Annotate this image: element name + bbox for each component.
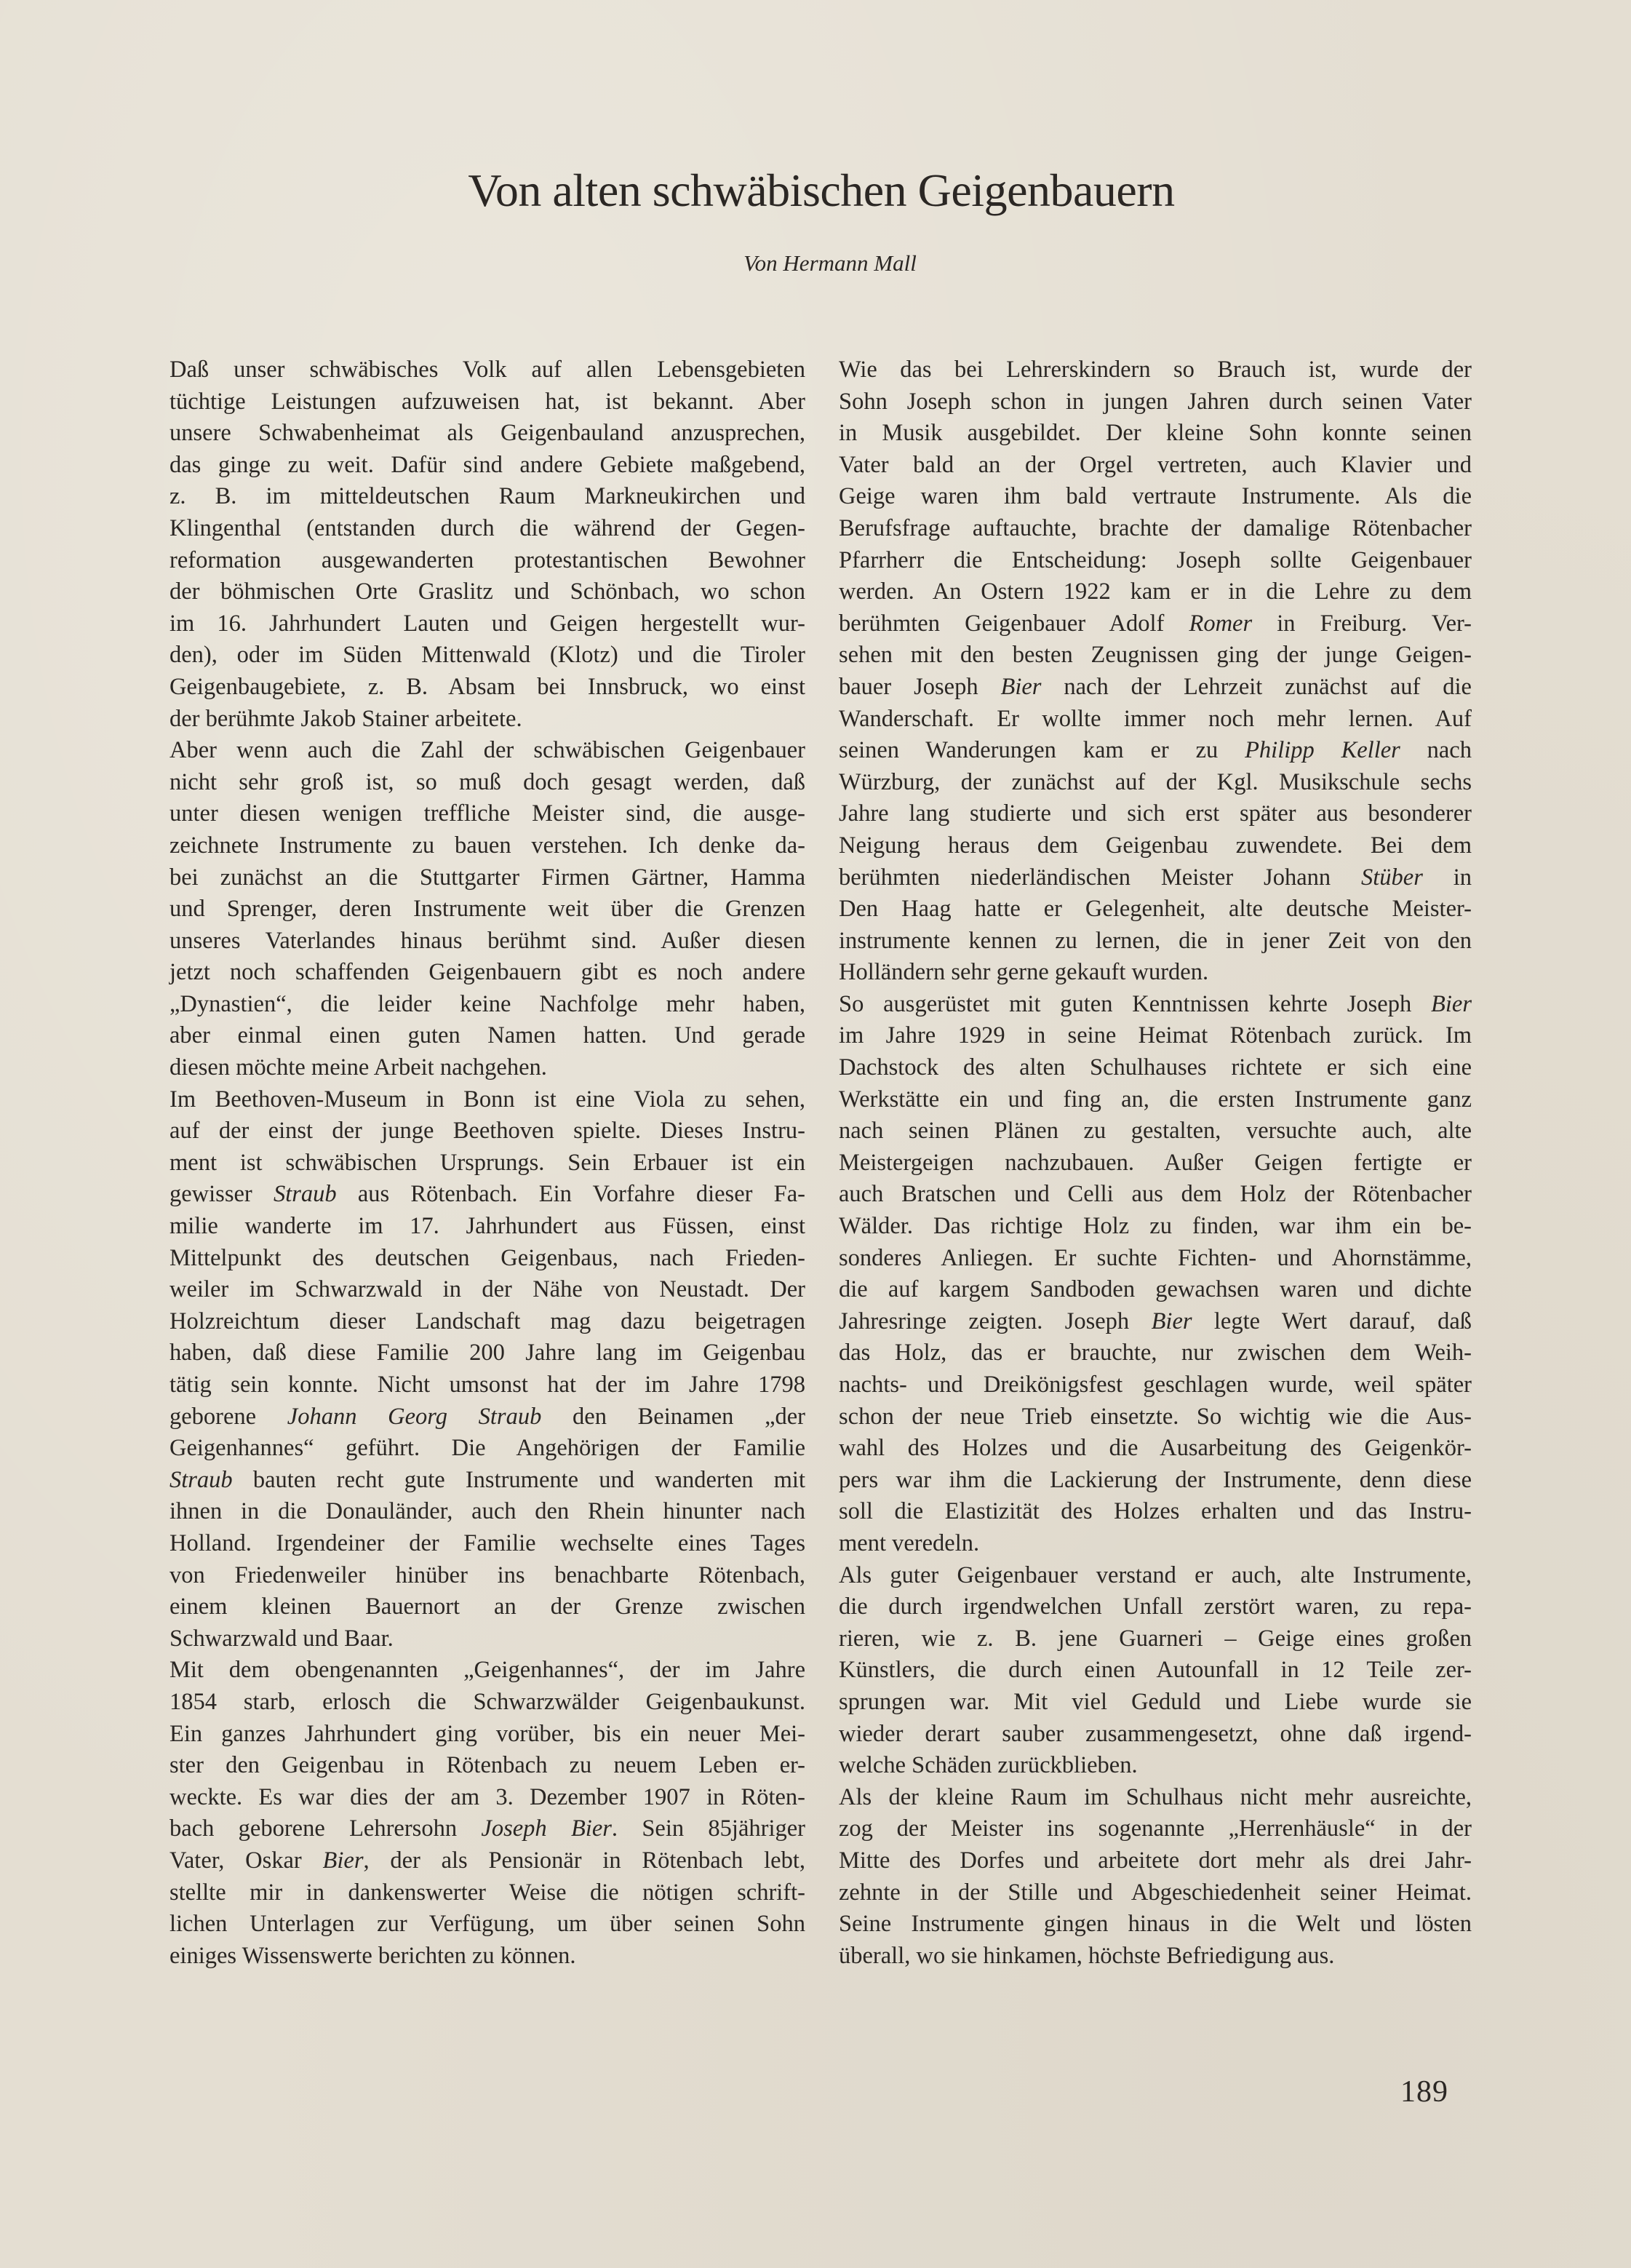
text-line: Seine Instrumente gingen hinaus in die W… [839,1909,1472,1941]
text-line: So ausgerüstet mit guten Kenntnissen keh… [839,989,1472,1021]
text-line: Jahre lang studierte und sich erst späte… [839,798,1472,830]
text-line: nicht sehr groß ist, so muß doch gesagt … [170,767,805,799]
text-line: den), oder im Süden Mittenwald (Klotz) u… [170,640,805,672]
text-line: Pfarrherr die Entscheidung: Joseph sollt… [839,545,1472,577]
text-line: wahl des Holzes und die Ausarbeitung des… [839,1433,1472,1465]
text-line: der böhmischen Orte Graslitz und Schönba… [170,576,805,608]
text-line: rieren, wie z. B. jene Guarneri – Geige … [839,1623,1472,1655]
text-line: stellte mir in dankenswerter Weise die n… [170,1877,805,1909]
text-line: reformation ausgewanderten protestantisc… [170,545,805,577]
text-line: Daß unser schwäbisches Volk auf allen Le… [170,354,805,386]
text-line: sehen mit den besten Zeugnissen ging der… [839,640,1472,672]
text-line: Als guter Geigenbauer verstand er auch, … [839,1560,1472,1592]
text-line: lichen Unterlagen zur Verfügung, um über… [170,1909,805,1941]
text-line: „Dynastien“, die leider keine Nachfolge … [170,989,805,1021]
italic-name: Bier [1152,1308,1192,1334]
text-line: Aber wenn auch die Zahl der schwäbischen… [170,735,805,767]
article-byline: Von Hermann Mall [0,249,1631,278]
text-line: berühmten niederländischen Meister Johan… [839,862,1472,894]
text-line: Wälder. Das richtige Holz zu finden, war… [839,1211,1472,1243]
text-line: Ein ganzes Jahrhundert ging vorüber, bis… [170,1719,805,1751]
text-line: Mit dem obengenannten „Geigenhannes“, de… [170,1655,805,1687]
text-line: haben, daß diese Familie 200 Jahre lang … [170,1337,805,1369]
text-line: instrumente kennen zu lernen, die in jen… [839,926,1472,958]
text-line: Mittelpunkt des deutschen Geigenbaus, na… [170,1243,805,1275]
text-line: z. B. im mitteldeutschen Raum Markneukir… [170,481,805,513]
text-line: Den Haag hatte er Gelegenheit, alte deut… [839,894,1472,926]
text-line: Holland. Irgendeiner der Familie wechsel… [170,1528,805,1560]
text-line: Wie das bei Lehrerskindern so Brauch ist… [839,354,1472,386]
text-line: Holzreichtum dieser Landschaft mag dazu … [170,1306,805,1338]
italic-name: Joseph Bier [481,1815,612,1842]
text-line: diesen möchte meine Arbeit nachgehen. [170,1052,805,1084]
text-line: zeichnete Instrumente zu bauen verstehen… [170,830,805,862]
text-line: Werkstätte ein und fing an, die ersten I… [839,1084,1472,1116]
right-column: Wie das bei Lehrerskindern so Brauch ist… [839,354,1472,1972]
text-line: milie wanderte im 17. Jahrhundert aus Fü… [170,1211,805,1243]
italic-name: Philipp Keller [1245,737,1400,763]
text-line: Geigenhannes“ geführt. Die Angehörigen d… [170,1433,805,1465]
text-line: Mitte des Dorfes und arbeitete dort mehr… [839,1845,1472,1877]
text-line: ment ist schwäbischen Ursprungs. Sein Er… [170,1147,805,1179]
text-line: 1854 starb, erlosch die Schwarzwälder Ge… [170,1687,805,1719]
text-line: bei zunächst an die Stuttgarter Firmen G… [170,862,805,894]
italic-name: Stüber [1361,864,1423,891]
text-line: welche Schäden zurückblieben. [839,1750,1472,1782]
text-line: gewisser Straub aus Rötenbach. Ein Vorfa… [170,1179,805,1211]
text-line: und Sprenger, deren Instrumente weit übe… [170,894,805,926]
text-line: Berufsfrage auftauchte, brachte der dama… [839,513,1472,545]
text-line: ster den Geigenbau in Rötenbach zu neuem… [170,1750,805,1782]
text-line: nach seinen Plänen zu gestalten, versuch… [839,1115,1472,1147]
text-line: überall, wo sie hinkamen, höchste Befrie… [839,1941,1472,1973]
text-line: unsere Schwabenheimat als Geigenbauland … [170,418,805,450]
text-line: zehnte in der Stille und Abgeschiedenhei… [839,1877,1472,1909]
text-line: die durch irgendwelchen Unfall zerstört … [839,1591,1472,1623]
text-line: Klingenthal (entstanden durch die währen… [170,513,805,545]
text-line: Geigenbaugebiete, z. B. Absam bei Innsbr… [170,672,805,704]
text-line: pers war ihm die Lackierung der Instrume… [839,1465,1472,1497]
text-line: tüchtige Leistungen aufzuweisen hat, ist… [170,386,805,418]
text-line: berühmten Geigenbauer Adolf Romer in Fre… [839,608,1472,640]
text-line: bach geborene Lehrersohn Joseph Bier. Se… [170,1813,805,1845]
italic-name: Bier [1431,991,1472,1017]
text-line: Sohn Joseph schon in jungen Jahren durch… [839,386,1472,418]
text-line: der berühmte Jakob Stainer arbeitete. [170,704,805,736]
text-line: geborene Johann Georg Straub den Beiname… [170,1401,805,1433]
text-line: tätig sein konnte. Nicht umsonst hat der… [170,1369,805,1401]
text-line: Künstlers, die durch einen Autounfall in… [839,1655,1472,1687]
text-line: sprungen war. Mit viel Geduld und Liebe … [839,1687,1472,1719]
text-line: das ginge zu weit. Dafür sind andere Geb… [170,450,805,482]
text-line: schon der neue Trieb einsetzte. So wicht… [839,1401,1472,1433]
left-column: Daß unser schwäbisches Volk auf allen Le… [170,354,805,1972]
text-line: Vater, Oskar Bier, der als Pensionär in … [170,1845,805,1877]
text-line: von Friedenweiler hinüber ins benachbart… [170,1560,805,1592]
text-line: jetzt noch schaffenden Geigenbauern gibt… [170,957,805,989]
text-line: Neigung heraus dem Geigenbau zuwendete. … [839,830,1472,862]
text-line: Straub bauten recht gute Instrumente und… [170,1465,805,1497]
text-line: seinen Wanderungen kam er zu Philipp Kel… [839,735,1472,767]
text-line: Jahresringe zeigten. Joseph Bier legte W… [839,1306,1472,1338]
text-line: Vater bald an der Orgel vertreten, auch … [839,450,1472,482]
text-line: die auf kargem Sandboden gewachsen waren… [839,1274,1472,1306]
article-title: Von alten schwäbischen Geigenbauern [0,162,1631,220]
text-line: Dachstock des alten Schulhauses richtete… [839,1052,1472,1084]
text-line: ment veredeln. [839,1528,1472,1560]
text-line: aber einmal einen guten Namen hatten. Un… [170,1020,805,1052]
text-line: Würzburg, der zunächst auf der Kgl. Musi… [839,767,1472,799]
text-line: Meistergeigen nachzubauen. Außer Geigen … [839,1147,1472,1179]
text-line: einiges Wissenswerte berichten zu können… [170,1941,805,1973]
text-line: bauer Joseph Bier nach der Lehrzeit zunä… [839,672,1472,704]
italic-name: Romer [1189,610,1252,637]
text-line: soll die Elastizität des Holzes erhalten… [839,1496,1472,1528]
text-line: Wanderschaft. Er wollte immer noch mehr … [839,704,1472,736]
text-line: im 16. Jahrhundert Lauten und Geigen her… [170,608,805,640]
text-line: ihnen in die Donauländer, auch den Rhein… [170,1496,805,1528]
italic-name: Johann Georg Straub [287,1404,542,1430]
text-line: auch Bratschen und Celli aus dem Holz de… [839,1179,1472,1211]
page-number: 189 [1400,2074,1448,2110]
text-line: im Jahre 1929 in seine Heimat Rötenbach … [839,1020,1472,1052]
italic-name: Bier [323,1847,364,1874]
italic-name: Bier [1000,674,1041,700]
text-line: unseres Vaterlandes hinaus berühmt sind.… [170,926,805,958]
text-line: weckte. Es war dies der am 3. Dezember 1… [170,1782,805,1814]
text-line: Als der kleine Raum im Schulhaus nicht m… [839,1782,1472,1814]
text-line: wieder derart sauber zusammengesetzt, oh… [839,1719,1472,1751]
text-line: nachts- und Dreikönigsfest geschlagen wu… [839,1369,1472,1401]
italic-name: Straub [170,1467,233,1493]
text-line: in Musik ausgebildet. Der kleine Sohn ko… [839,418,1472,450]
text-line: zog der Meister ins sogenannte „Herrenhä… [839,1813,1472,1845]
text-line: Holländern sehr gerne gekauft wurden. [839,957,1472,989]
text-line: sonderes Anliegen. Er suchte Fichten- un… [839,1243,1472,1275]
text-line: das Holz, das er brauchte, nur zwischen … [839,1337,1472,1369]
text-line: werden. An Ostern 1922 kam er in die Leh… [839,576,1472,608]
text-line: auf der einst der junge Beethoven spielt… [170,1115,805,1147]
text-line: einem kleinen Bauernort an der Grenze zw… [170,1591,805,1623]
text-line: Schwarzwald und Baar. [170,1623,805,1655]
italic-name: Straub [274,1181,337,1207]
text-line: weiler im Schwarzwald in der Nähe von Ne… [170,1274,805,1306]
text-line: Geige waren ihm bald vertraute Instrumen… [839,481,1472,513]
text-line: Im Beethoven-Museum in Bonn ist eine Vio… [170,1084,805,1116]
text-line: unter diesen wenigen treffliche Meister … [170,798,805,830]
